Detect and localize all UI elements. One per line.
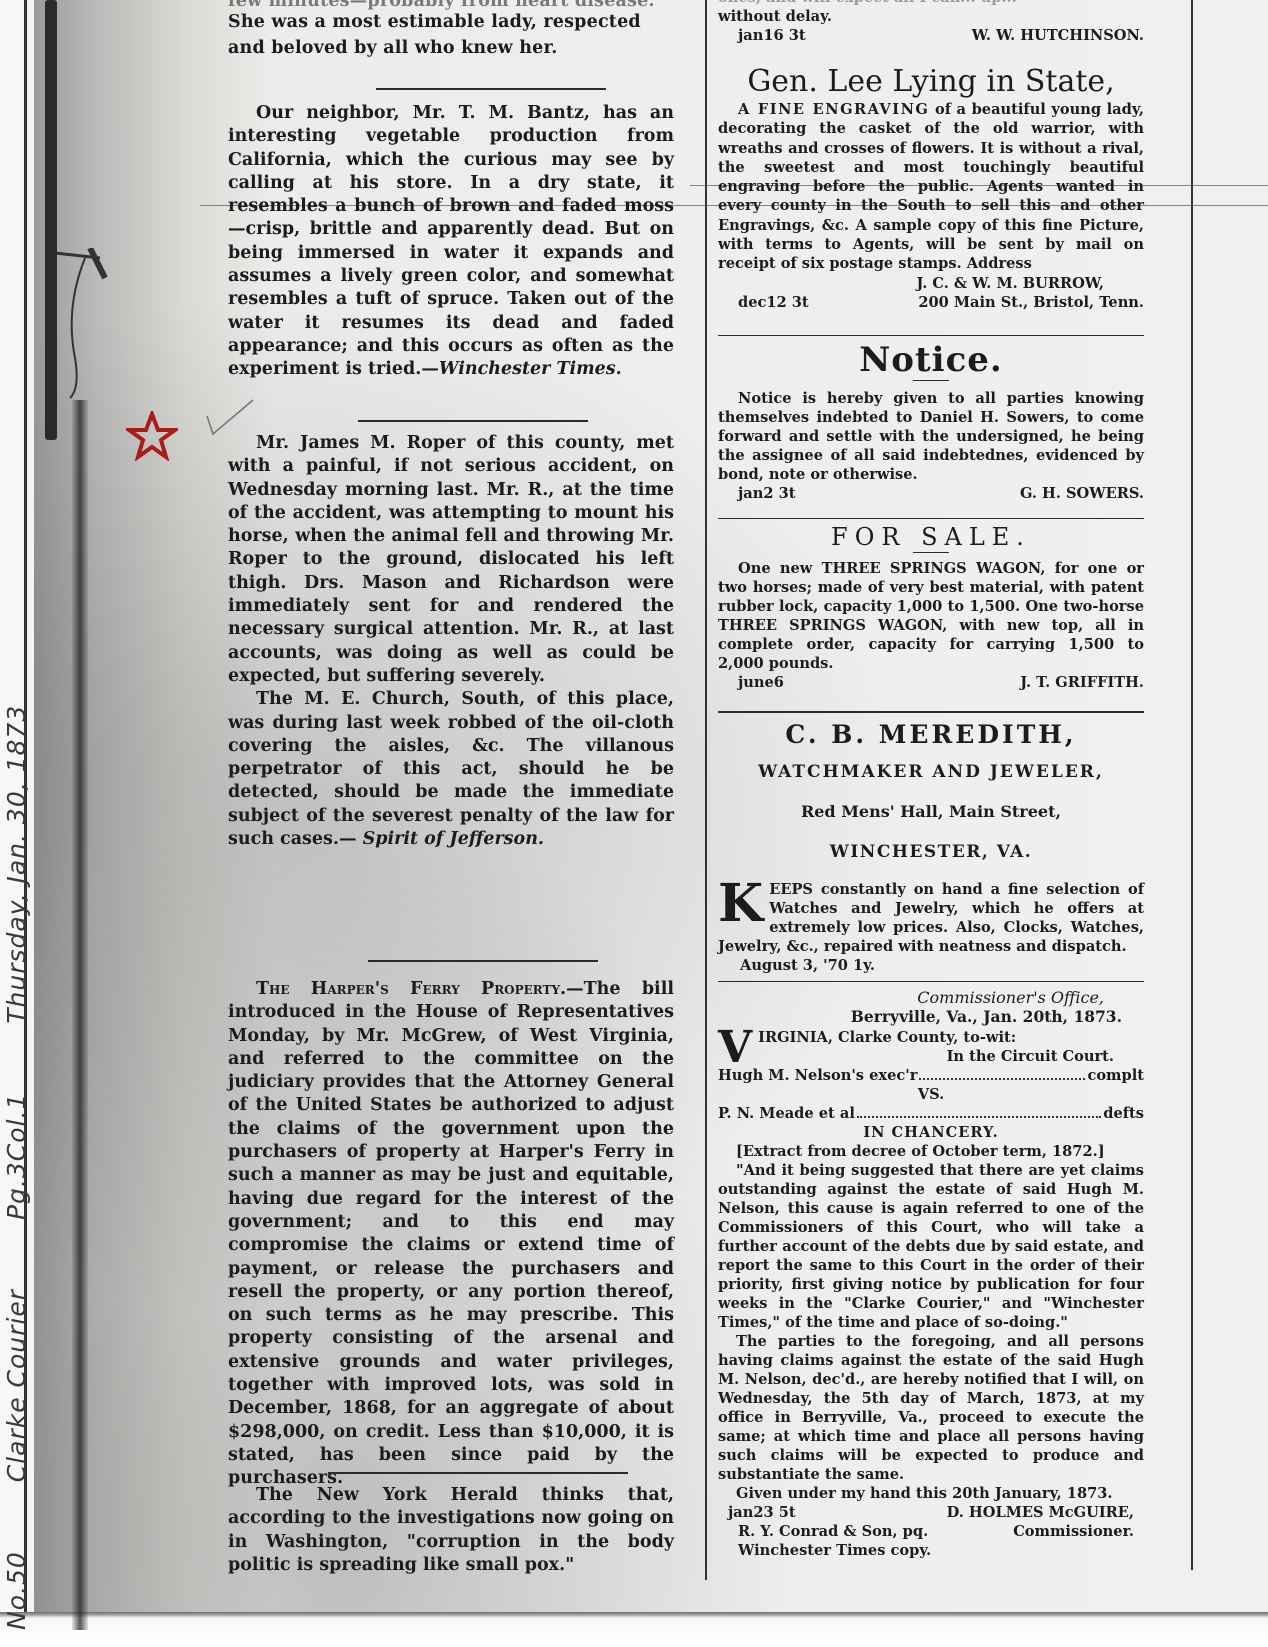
place-date: Berryville, Va., Jan. 20th, 1873. bbox=[718, 1007, 1144, 1026]
drop-cap: K bbox=[718, 882, 763, 926]
ad-address: 200 Main St., Bristol, Tenn. bbox=[918, 293, 1144, 312]
ad-body: One new THREE SPRINGS WAGON, for one or … bbox=[718, 559, 1144, 673]
chancery-heading: IN CHANCERY. bbox=[718, 1123, 1144, 1142]
plaintiff-role: complt bbox=[1087, 1066, 1144, 1085]
article-headline: The Harper's Ferry Property. bbox=[256, 979, 566, 999]
ad-notice: Notice. Notice is hereby given to all pa… bbox=[718, 340, 1144, 503]
plaintiff: Hugh M. Nelson's exec'r bbox=[718, 1066, 917, 1085]
scan-bottom-edge bbox=[0, 1612, 1268, 1647]
section-divider bbox=[718, 335, 1144, 336]
article-bantz: Our neighbor, Mr. T. M. Bantz, has an in… bbox=[228, 102, 674, 382]
column-rule-2 bbox=[1191, 0, 1193, 1570]
date-code: dec12 3t bbox=[738, 293, 809, 312]
issue-number: No.50 bbox=[2, 1551, 31, 1630]
business-name: C. B. MEREDITH, bbox=[718, 718, 1144, 752]
attorney: R. Y. Conrad & Son, pq. bbox=[738, 1522, 928, 1541]
section-divider bbox=[358, 420, 588, 422]
article-herald: The New York Herald thinks that, accordi… bbox=[228, 1484, 674, 1577]
hutchinson-ad-fragment: ones, and will expect all I can... up...… bbox=[718, 0, 1144, 45]
title-underline bbox=[913, 552, 949, 553]
article-roper: Mr. James M. Roper of this county, met w… bbox=[228, 432, 674, 851]
ad-lead: A FINE ENGRAVING bbox=[738, 101, 929, 118]
article-body: The New York Herald thinks that, accordi… bbox=[228, 1484, 674, 1577]
date-code: August 3, '70 1y. bbox=[718, 956, 1144, 975]
ink-mark-icon bbox=[55, 248, 115, 408]
newspaper-name: Clarke Courier bbox=[2, 1289, 31, 1482]
court-name: In the Circuit Court. bbox=[718, 1047, 1144, 1066]
drop-cap: V bbox=[718, 1030, 752, 1066]
article-body: Mr. James M. Roper of this county, met w… bbox=[228, 432, 674, 688]
commissioner-signature: D. HOLMES McGUIRE, bbox=[947, 1503, 1134, 1522]
defendant-role: defts bbox=[1103, 1104, 1144, 1123]
ad-body: of a beautiful young lady, decorating th… bbox=[718, 101, 1144, 272]
notice-body: The parties to the foregoing, and all pe… bbox=[718, 1332, 1144, 1484]
issue-date: Thursday, Jan. 30, 1873 bbox=[2, 705, 31, 1024]
ad-meredith: C. B. MEREDITH, WATCHMAKER AND JEWELER, … bbox=[718, 718, 1144, 975]
page-column: Pg.3Col.1 bbox=[2, 1093, 31, 1220]
defendant: P. N. Meade et al bbox=[718, 1104, 855, 1123]
date-code: june6 bbox=[738, 673, 784, 692]
text-line: without delay. bbox=[718, 7, 1144, 26]
ad-title: FOR SALE. bbox=[718, 522, 1144, 552]
title-underline bbox=[913, 380, 949, 381]
article-body: Our neighbor, Mr. T. M. Bantz, has an in… bbox=[228, 103, 674, 379]
given-line: Given under my hand this 20th January, 1… bbox=[718, 1484, 1144, 1503]
state-line: IRGINIA, Clarke County, to-wit: bbox=[758, 1029, 1016, 1046]
ad-title: Gen. Lee Lying in State, bbox=[718, 64, 1144, 100]
article-source: Winchester Times. bbox=[439, 359, 622, 379]
ad-body: EEPS constantly on hand a fine selection… bbox=[718, 881, 1144, 955]
ad-signature: G. H. SOWERS. bbox=[1020, 484, 1144, 503]
date-code: jan23 5t bbox=[728, 1503, 796, 1522]
office-heading: Commissioner's Office, bbox=[718, 988, 1144, 1007]
article-source: Spirit of Jefferson. bbox=[363, 829, 544, 849]
business-trade: WATCHMAKER AND JEWELER, bbox=[718, 752, 1144, 792]
section-divider bbox=[368, 960, 598, 962]
ad-for-sale: FOR SALE. One new THREE SPRINGS WAGON, f… bbox=[718, 522, 1144, 692]
decree-quote: "And it being suggested that there are y… bbox=[718, 1161, 1144, 1332]
section-divider bbox=[718, 518, 1144, 519]
article-body: —The bill introduced in the House of Rep… bbox=[228, 979, 674, 1488]
business-city: WINCHESTER, VA. bbox=[718, 832, 1144, 872]
section-divider bbox=[718, 711, 1144, 713]
commissioner-title: Commissioner. bbox=[1013, 1522, 1134, 1541]
article-body: The M. E. Church, South, of this place, … bbox=[228, 689, 674, 849]
section-divider bbox=[718, 981, 1144, 982]
section-divider bbox=[328, 1472, 628, 1474]
ad-gen-lee: Gen. Lee Lying in State, A FINE ENGRAVIN… bbox=[718, 64, 1144, 312]
article-harpers-ferry: The Harper's Ferry Property.—The bill in… bbox=[228, 978, 674, 1491]
cut-text: ones, and will expect all I can... up... bbox=[718, 0, 1144, 7]
signature: W. W. HUTCHINSON. bbox=[972, 26, 1144, 45]
commissioner-notice: Commissioner's Office, Berryville, Va., … bbox=[718, 988, 1144, 1560]
column-rule-1 bbox=[705, 0, 707, 1580]
ad-body: Notice is hereby given to all parties kn… bbox=[718, 389, 1144, 484]
star-icon bbox=[126, 411, 178, 461]
text-line: and beloved by all who knew her. bbox=[228, 37, 558, 59]
section-divider bbox=[376, 88, 606, 90]
business-location: Red Mens' Hall, Main Street, bbox=[718, 792, 1144, 832]
copy-note: Winchester Times copy. bbox=[718, 1541, 1144, 1560]
date-code: jan2 3t bbox=[738, 484, 795, 503]
text-line: She was a most estimable lady, respected bbox=[228, 11, 641, 33]
ad-signature: J. C. & W. M. BURROW, bbox=[718, 274, 1144, 293]
dot-leader bbox=[857, 1104, 1101, 1118]
versus: VS. bbox=[718, 1085, 1144, 1104]
date-code: jan16 3t bbox=[738, 26, 806, 45]
handwritten-margin-note: No.50 Clarke Courier Pg.3Col.1 Thursday,… bbox=[2, 645, 31, 1630]
ad-title: Notice. bbox=[718, 340, 1144, 380]
dot-leader bbox=[919, 1066, 1085, 1080]
decree-extract: [Extract from decree of October term, 18… bbox=[718, 1142, 1144, 1161]
fold-shadow bbox=[72, 400, 88, 1630]
ad-signature: J. T. GRIFFITH. bbox=[1020, 673, 1144, 692]
